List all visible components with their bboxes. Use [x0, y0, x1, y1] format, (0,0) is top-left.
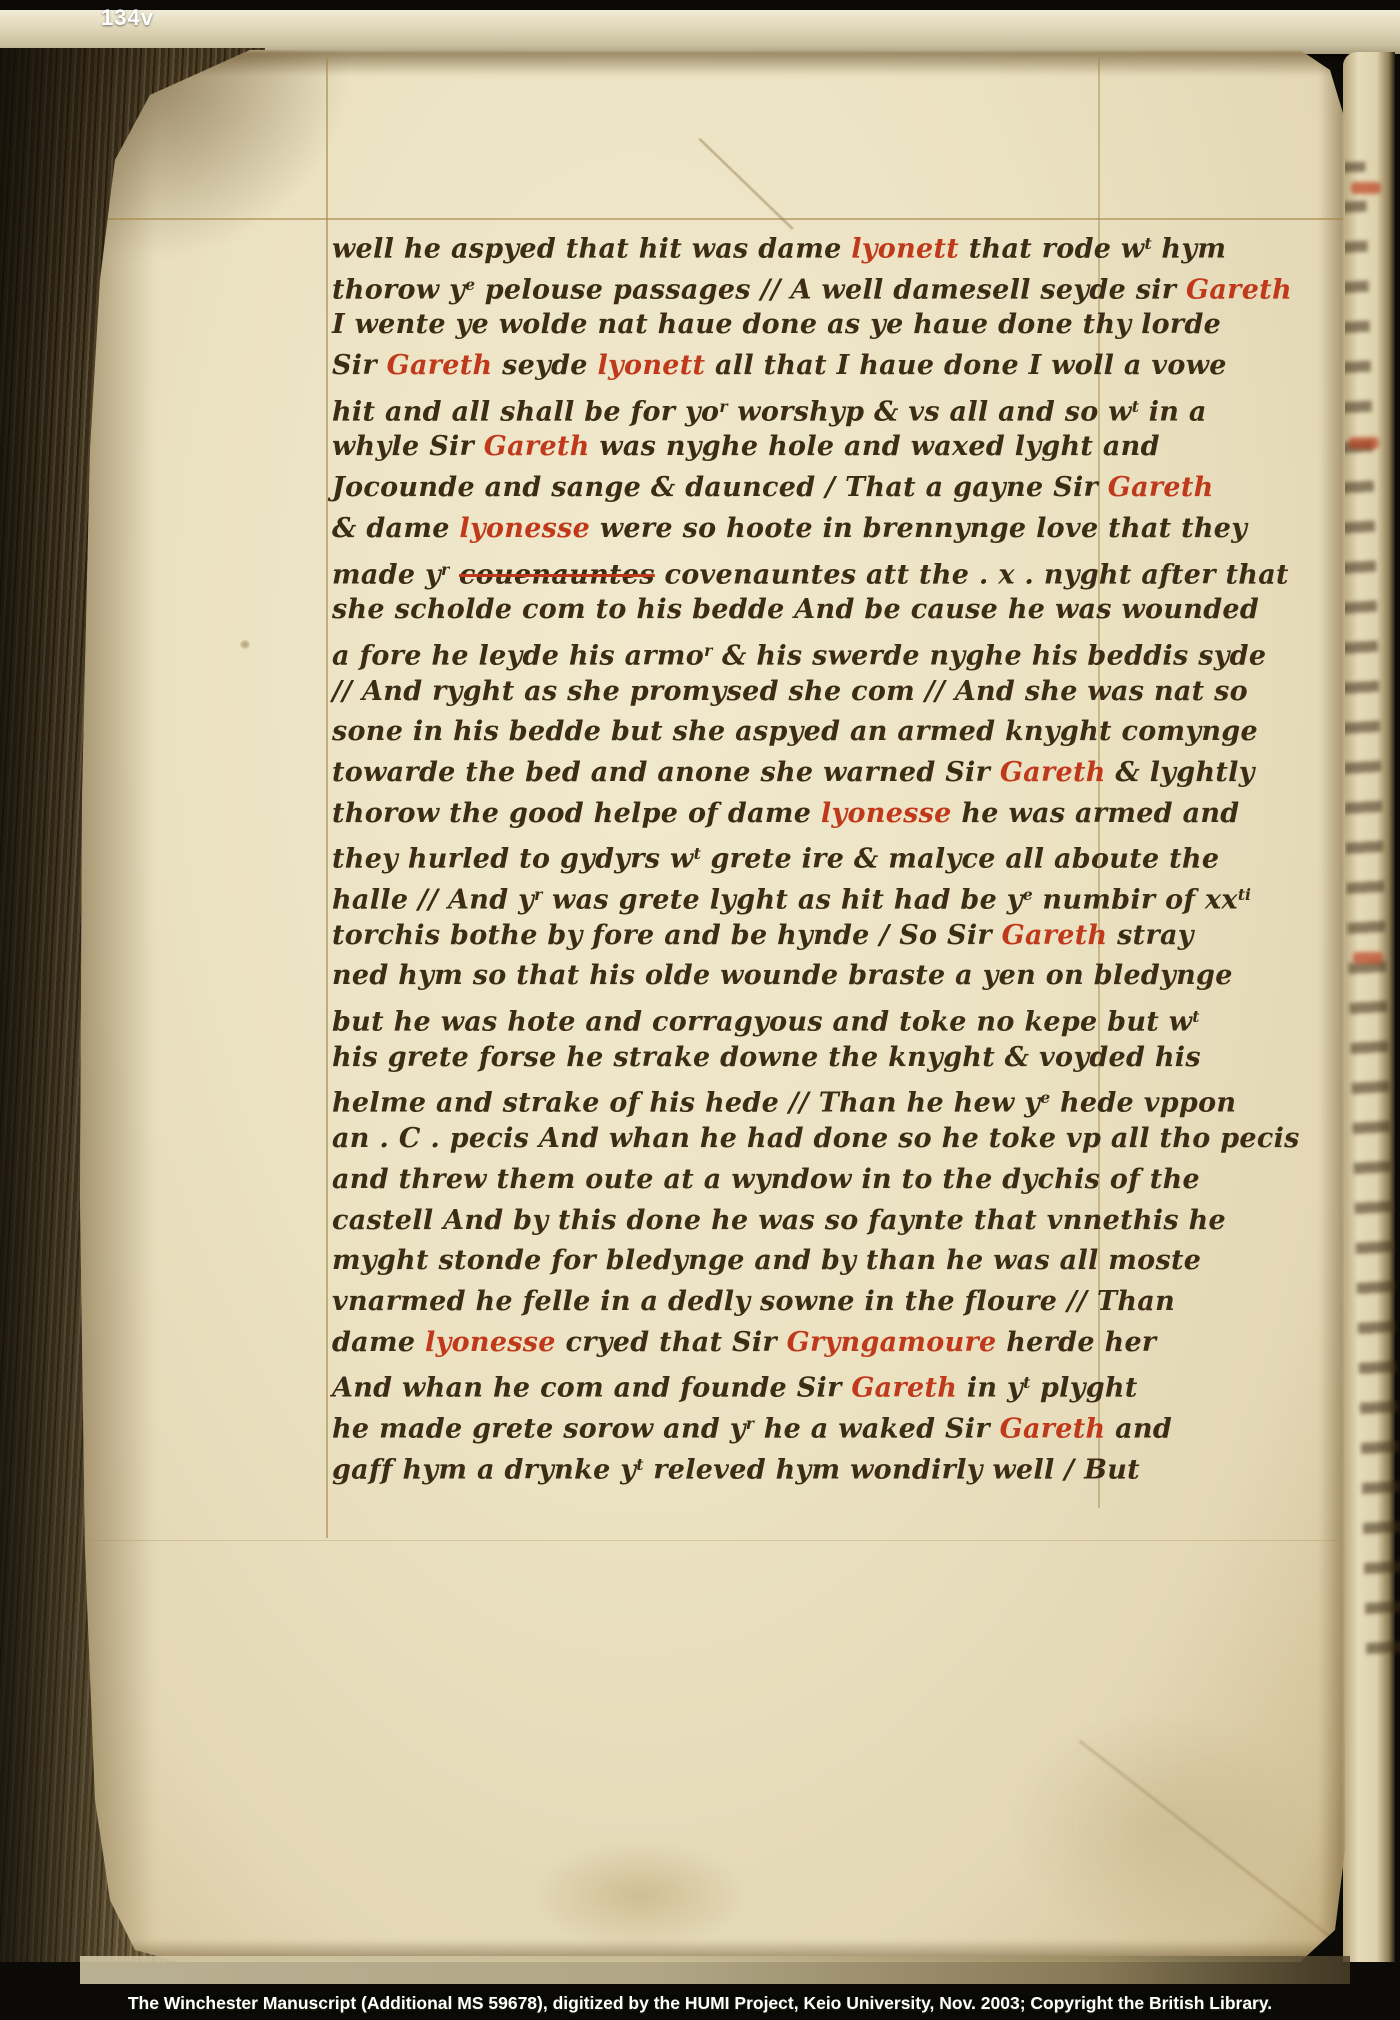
rubricated-word: lyonesse	[459, 513, 590, 544]
ink-text: & his swerde nyghe his beddis syde	[712, 640, 1266, 671]
ink-text: & lyghtly	[1106, 757, 1255, 788]
ruling-line-horizontal-bottom	[90, 1540, 1340, 1541]
ink-text: well he aspyed that hit was dame	[332, 234, 851, 265]
ink-text: cryed that Sir	[556, 1327, 787, 1358]
ink-text: an . C . pecis And whan he had done so h…	[332, 1123, 1300, 1154]
rubricated-word: lyonesse	[425, 1327, 556, 1358]
facing-page-rubric-mark	[1351, 182, 1381, 194]
ink-text: myght stonde for bledynge and by than he…	[332, 1245, 1201, 1276]
ink-text: e	[465, 275, 475, 294]
rubricated-word: Gareth	[1002, 920, 1108, 951]
rubricated-word: Gareth	[1000, 757, 1106, 788]
manuscript-line-20: but he was hote and corragyous and toke …	[332, 997, 1112, 1038]
ink-text: And whan he com and founde Sir	[332, 1373, 851, 1404]
ink-text: ti	[1238, 885, 1251, 904]
ink-text: t	[1132, 397, 1139, 416]
manuscript-line-23: an . C . pecis And whan he had done so h…	[332, 1119, 1112, 1160]
ink-text: couenauntes	[459, 559, 655, 590]
ink-text: covenauntes att the . x . nyght after th…	[655, 559, 1289, 590]
rubricated-word: Gareth	[1186, 274, 1292, 305]
rubricated-word: Gareth	[387, 350, 493, 381]
ink-text: vnarmed he felle in a dedly sowne in the…	[332, 1286, 1175, 1317]
ink-text: t	[1144, 234, 1151, 253]
manuscript-line-9: made yr couenauntes covenauntes att the …	[332, 550, 1112, 591]
manuscript-line-24: and threw them oute at a wyndow in to th…	[332, 1160, 1112, 1201]
manuscript-line-10: she scholde com to his bedde And be caus…	[332, 590, 1112, 631]
rubricated-word: Gareth	[1108, 472, 1214, 503]
parchment-stain	[530, 1840, 750, 1950]
manuscript-line-19: ned hym so that his olde wounde braste a…	[332, 956, 1112, 997]
ink-text: worshyp & vs all and so w	[728, 396, 1132, 427]
ink-text: hym	[1152, 234, 1227, 265]
ruling-line-horizontal-top	[88, 218, 1343, 220]
ink-text: dame	[332, 1327, 425, 1358]
ink-text: e	[1040, 1088, 1050, 1107]
ink-text: gaff hym a drynke y	[332, 1454, 636, 1485]
ink-text: all that I haue done I woll a vowe	[705, 350, 1226, 381]
ink-text: they hurled to gydyrs w	[332, 844, 694, 875]
manuscript-line-18: torchis bothe by fore and be hynde / So …	[332, 916, 1112, 957]
ink-text: ned hym so that his olde wounde braste a…	[332, 960, 1233, 991]
manuscript-line-16: they hurled to gydyrs wt grete ire & mal…	[332, 834, 1112, 875]
manuscript-line-21: his grete forse he strake downe the knyg…	[332, 1038, 1112, 1079]
parchment-stain	[240, 640, 250, 649]
ink-text: pelouse passages // A well damesell seyd…	[475, 274, 1186, 305]
ink-text: and	[1105, 1414, 1172, 1445]
manuscript-line-11: a fore he leyde his armor & his swerde n…	[332, 631, 1112, 672]
rubricated-word: Gareth	[851, 1373, 957, 1404]
ink-text: Jocounde and sange & daunced / That a ga…	[332, 472, 1108, 503]
manuscript-line-31: gaff hym a drynke yt releved hym wondirl…	[332, 1445, 1112, 1486]
ink-text: he made grete sorow and y	[332, 1414, 746, 1445]
ink-text: was nyghe hole and waxed lyght and	[590, 431, 1160, 462]
rubricated-word: Gareth	[484, 431, 590, 462]
rubricated-word: Gryngamoure	[787, 1327, 997, 1358]
rubricated-word: lyonett	[597, 350, 705, 381]
ink-text: sone in his bedde but she aspyed an arme…	[332, 716, 1258, 747]
manuscript-line-13: sone in his bedde but she aspyed an arme…	[332, 712, 1112, 753]
ink-text: herde her	[997, 1327, 1157, 1358]
ink-text: e	[1023, 885, 1033, 904]
ink-text: towarde the bed and anone she warned Sir	[332, 757, 1000, 788]
facing-page-rubric-mark	[1353, 952, 1383, 964]
ink-text: grete ire & malyce all aboute the	[701, 844, 1220, 875]
text-block: well he aspyed that hit was dame lyonett…	[332, 224, 1112, 1485]
ink-text	[449, 559, 459, 590]
ink-text: castell And by this done he was so faynt…	[332, 1205, 1226, 1236]
ink-text: torchis bothe by fore and be hynde / So …	[332, 920, 1002, 951]
caption-text: The Winchester Manuscript (Additional MS…	[128, 1993, 1272, 2014]
ink-text: I wente ye wolde nat haue done as ye hau…	[332, 309, 1221, 340]
manuscript-line-29: And whan he com and founde Sir Gareth in…	[332, 1363, 1112, 1404]
ink-text: hede vppon	[1050, 1088, 1236, 1119]
ink-text: seyde	[492, 350, 597, 381]
caption-bar: The Winchester Manuscript (Additional MS…	[0, 1986, 1400, 2020]
ink-text: r	[746, 1414, 754, 1433]
ink-text: were so hoote in brennynge love that the…	[590, 513, 1247, 544]
rubricated-word: lyonett	[851, 234, 959, 265]
manuscript-line-17: halle // And yr was grete lyght as hit h…	[332, 875, 1112, 916]
screenshot-root: { "page": { "folio_label": "134v", "capt…	[0, 0, 1400, 2020]
parchment-crease-top-right	[699, 138, 794, 230]
facing-page-rubric-mark	[1349, 437, 1379, 449]
manuscript-line-25: castell And by this done he was so faynt…	[332, 1201, 1112, 1242]
ink-text: & dame	[332, 513, 459, 544]
ruling-line-vertical-left	[326, 58, 328, 1538]
ink-text: he was armed and	[952, 798, 1240, 829]
ink-text: t	[636, 1455, 643, 1474]
ink-text: in a	[1139, 396, 1207, 427]
ink-text: halle // And y	[332, 885, 534, 916]
ink-text: in y	[957, 1373, 1023, 1404]
rubricated-word: lyonesse	[821, 798, 952, 829]
rubricated-word: Gareth	[1000, 1414, 1106, 1445]
manuscript-line-8: & dame lyonesse were so hoote in brennyn…	[332, 509, 1112, 550]
manuscript-line-5: hit and all shall be for yor worshyp & v…	[332, 387, 1112, 428]
manuscript-page: well he aspyed that hit was dame lyonett…	[60, 50, 1345, 1962]
ink-text: she scholde com to his bedde And be caus…	[332, 594, 1259, 625]
manuscript-line-2: thorow ye pelouse passages // A well dam…	[332, 265, 1112, 306]
manuscript-line-28: dame lyonesse cryed that Sir Gryngamoure…	[332, 1323, 1112, 1364]
ink-text: but he was hote and corragyous and toke …	[332, 1007, 1192, 1038]
ink-text: // And ryght as she promysed she com // …	[332, 676, 1248, 707]
ink-text: that rode w	[959, 234, 1144, 265]
ink-text: stray	[1107, 920, 1193, 951]
ink-text: thorow the good helpe of dame	[332, 798, 821, 829]
manuscript-line-27: vnarmed he felle in a dedly sowne in the…	[332, 1282, 1112, 1323]
facing-page-sliver	[1343, 52, 1395, 1962]
ink-text: numbir of xx	[1033, 885, 1238, 916]
ink-text: t	[1192, 1007, 1199, 1026]
manuscript-line-7: Jocounde and sange & daunced / That a ga…	[332, 468, 1112, 509]
ink-text: r	[719, 397, 727, 416]
ink-text: his grete forse he strake downe the knyg…	[332, 1042, 1201, 1073]
ink-text: plyght	[1030, 1373, 1137, 1404]
page-edge-shading-top	[60, 50, 1345, 76]
manuscript-line-1: well he aspyed that hit was dame lyonett…	[332, 224, 1112, 265]
parchment-crease-bottom-right	[1079, 1740, 1332, 1939]
ink-text: Sir	[332, 350, 387, 381]
manuscript-line-22: helme and strake of his hede // Than he …	[332, 1078, 1112, 1119]
ink-text: and threw them oute at a wyndow in to th…	[332, 1164, 1200, 1195]
ink-text: helme and strake of his hede // Than he …	[332, 1088, 1040, 1119]
manuscript-line-12: // And ryght as she promysed she com // …	[332, 672, 1112, 713]
parchment-stain	[1010, 1710, 1310, 1940]
manuscript-line-15: thorow the good helpe of dame lyonesse h…	[332, 794, 1112, 835]
manuscript-line-3: I wente ye wolde nat haue done as ye hau…	[332, 305, 1112, 346]
manuscript-line-14: towarde the bed and anone she warned Sir…	[332, 753, 1112, 794]
ink-text: t	[694, 844, 701, 863]
ink-text: made y	[332, 559, 441, 590]
binding-board-bottom-edge	[80, 1956, 1350, 1984]
manuscript-line-30: he made grete sorow and yr he a waked Si…	[332, 1404, 1112, 1445]
ink-text: he a waked Sir	[754, 1414, 1000, 1445]
ink-text: a fore he leyde his armo	[332, 640, 704, 671]
ink-text: whyle Sir	[332, 431, 484, 462]
manuscript-line-4: Sir Gareth seyde lyonett all that I haue…	[332, 346, 1112, 387]
manuscript-line-26: myght stonde for bledynge and by than he…	[332, 1241, 1112, 1282]
ink-text: was grete lyght as hit had be y	[542, 885, 1022, 916]
folio-number-label: 134v	[101, 5, 154, 31]
ink-text: thorow y	[332, 274, 465, 305]
ink-text: hit and all shall be for yo	[332, 396, 719, 427]
ink-text: releved hym wondirly well / But	[644, 1454, 1140, 1485]
page-edge-shading-right	[1319, 50, 1345, 1962]
manuscript-line-6: whyle Sir Gareth was nyghe hole and waxe…	[332, 427, 1112, 468]
